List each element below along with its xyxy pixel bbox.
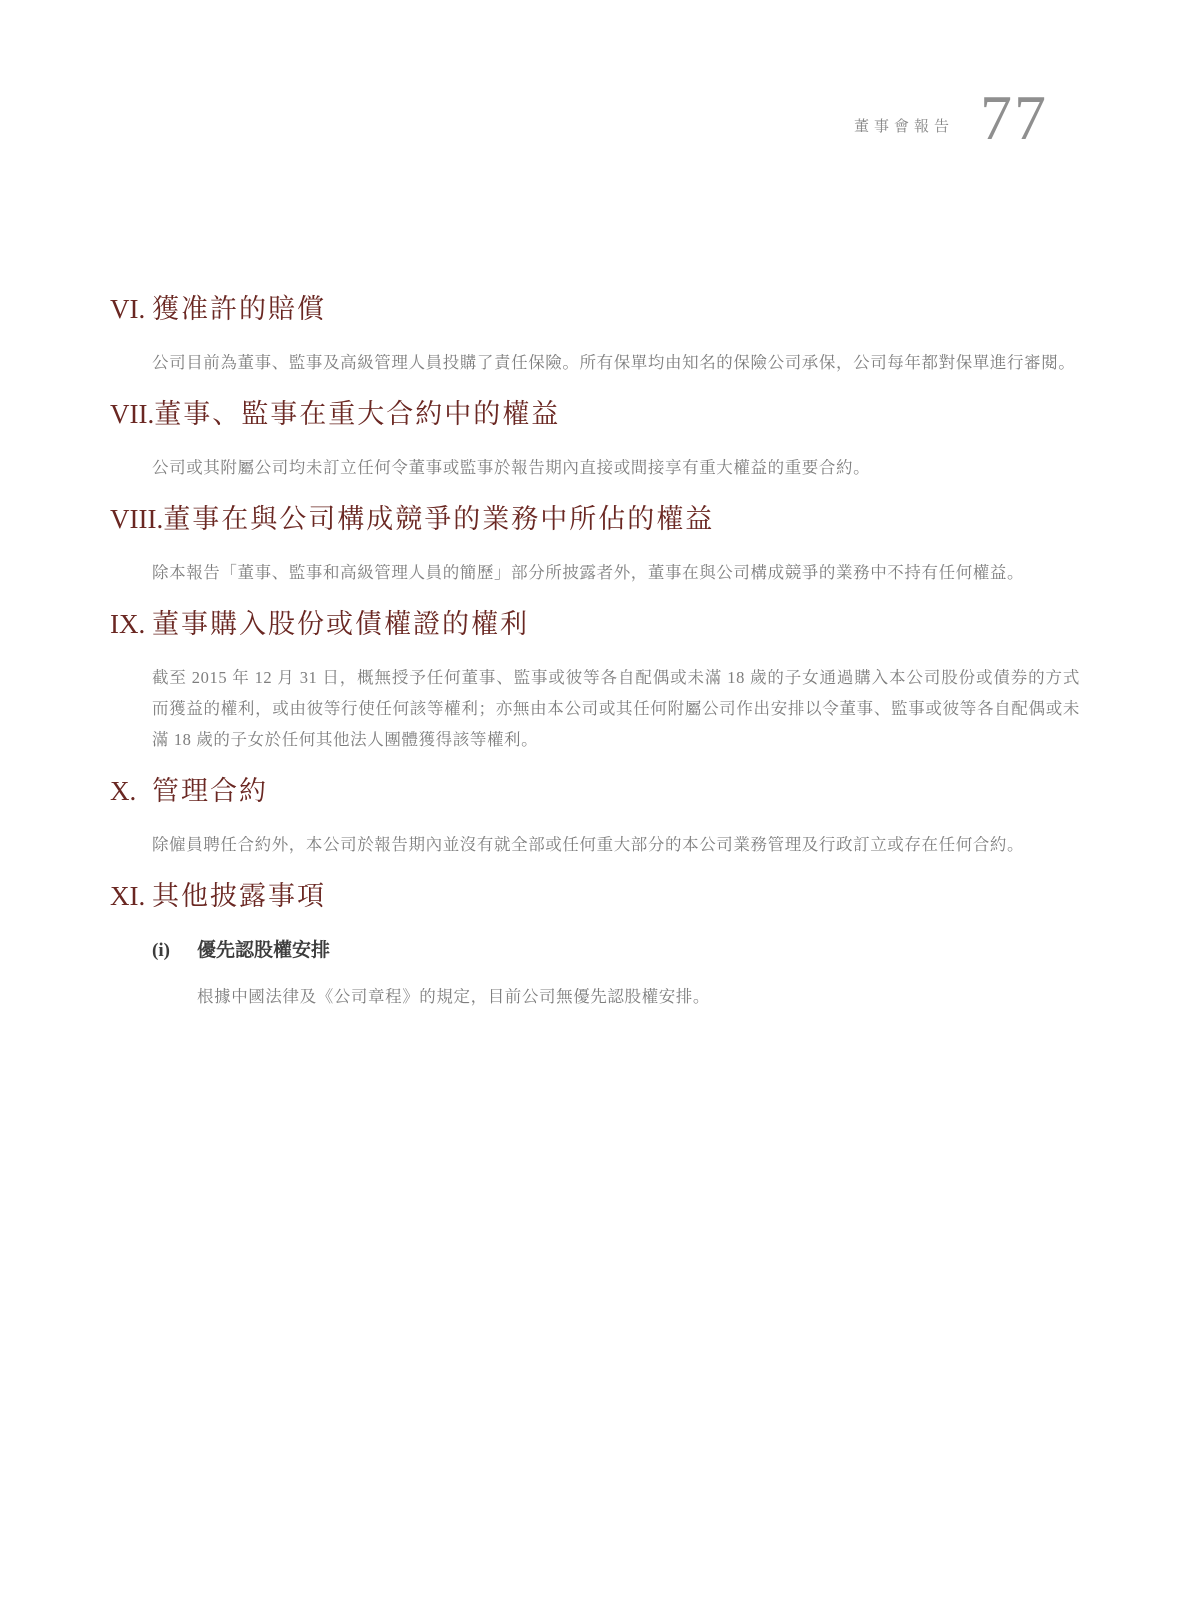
section-ix-numeral: IX.: [110, 606, 152, 642]
section-vi: VI. 獲准許的賠償 公司目前為董事、監事及高級管理人員投購了責任保險。所有保單…: [110, 291, 1080, 378]
section-ix: IX. 董事購入股份或債權證的權利 截至 2015 年 12 月 31 日，概無…: [110, 606, 1080, 755]
document-content: VI. 獲准許的賠償 公司目前為董事、監事及高級管理人員投購了責任保險。所有保單…: [110, 0, 1080, 1012]
section-vii: VII. 董事、監事在重大合約中的權益 公司或其附屬公司均未訂立任何令董事或監事…: [110, 396, 1080, 483]
paragraph: 除僱員聘任合約外，本公司於報告期內並沒有就全部或任何重大部分的本公司業務管理及行…: [152, 829, 1080, 860]
paragraph: 除本報告「董事、監事和高級管理人員的簡歷」部分所披露者外，董事在與公司構成競爭的…: [152, 557, 1080, 588]
section-viii-heading: VIII. 董事在與公司構成競爭的業務中所佔的權益: [110, 501, 1080, 537]
paragraph: 公司目前為董事、監事及高級管理人員投購了責任保險。所有保單均由知名的保險公司承保…: [152, 347, 1080, 378]
section-x-numeral: X.: [110, 773, 152, 809]
section-viii-title: 董事在與公司構成競爭的業務中所佔的權益: [163, 501, 714, 537]
report-page: 董事會報告 77 VI. 獲准許的賠償 公司目前為董事、監事及高級管理人員投購了…: [0, 0, 1190, 1615]
section-vi-body: 公司目前為董事、監事及高級管理人員投購了責任保險。所有保單均由知名的保險公司承保…: [152, 347, 1080, 378]
section-ix-title: 董事購入股份或債權證的權利: [152, 606, 529, 642]
section-ix-heading: IX. 董事購入股份或債權證的權利: [110, 606, 1080, 642]
section-viii-body: 除本報告「董事、監事和高級管理人員的簡歷」部分所披露者外，董事在與公司構成競爭的…: [152, 557, 1080, 588]
section-viii: VIII. 董事在與公司構成競爭的業務中所佔的權益 除本報告「董事、監事和高級管…: [110, 501, 1080, 588]
section-x: X. 管理合約 除僱員聘任合約外，本公司於報告期內並沒有就全部或任何重大部分的本…: [110, 773, 1080, 860]
subsection-i-label: (i): [152, 938, 197, 964]
section-vi-title: 獲准許的賠償: [152, 291, 326, 327]
paragraph: 公司或其附屬公司均未訂立任何令董事或監事於報告期內直接或間接享有重大權益的重要合…: [152, 452, 1080, 483]
section-x-title: 管理合約: [152, 773, 268, 809]
section-vii-body: 公司或其附屬公司均未訂立任何令董事或監事於報告期內直接或間接享有重大權益的重要合…: [152, 452, 1080, 483]
section-x-heading: X. 管理合約: [110, 773, 1080, 809]
section-xi: XI. 其他披露事項 (i) 優先認股權安排 根據中國法律及《公司章程》的規定，…: [110, 878, 1080, 1012]
subsection-i-heading: (i) 優先認股權安排: [152, 938, 1080, 964]
section-vi-numeral: VI.: [110, 291, 152, 327]
subsection-i: (i) 優先認股權安排 根據中國法律及《公司章程》的規定，目前公司無優先認股權安…: [152, 938, 1080, 1012]
section-ix-body: 截至 2015 年 12 月 31 日，概無授予任何董事、監事或彼等各自配偶或未…: [152, 662, 1080, 755]
section-xi-numeral: XI.: [110, 878, 152, 914]
section-vi-heading: VI. 獲准許的賠償: [110, 291, 1080, 327]
section-xi-heading: XI. 其他披露事項: [110, 878, 1080, 914]
section-vii-numeral: VII.: [110, 396, 154, 432]
section-vii-title: 董事、監事在重大合約中的權益: [154, 396, 560, 432]
section-viii-numeral: VIII.: [110, 501, 163, 537]
subsection-i-body: 根據中國法律及《公司章程》的規定，目前公司無優先認股權安排。: [197, 981, 1080, 1012]
section-x-body: 除僱員聘任合約外，本公司於報告期內並沒有就全部或任何重大部分的本公司業務管理及行…: [152, 829, 1080, 860]
paragraph: 截至 2015 年 12 月 31 日，概無授予任何董事、監事或彼等各自配偶或未…: [152, 662, 1080, 755]
section-vii-heading: VII. 董事、監事在重大合約中的權益: [110, 396, 1080, 432]
paragraph: 根據中國法律及《公司章程》的規定，目前公司無優先認股權安排。: [197, 981, 1080, 1012]
section-xi-title: 其他披露事項: [152, 878, 326, 914]
subsection-i-title: 優先認股權安排: [197, 938, 330, 964]
